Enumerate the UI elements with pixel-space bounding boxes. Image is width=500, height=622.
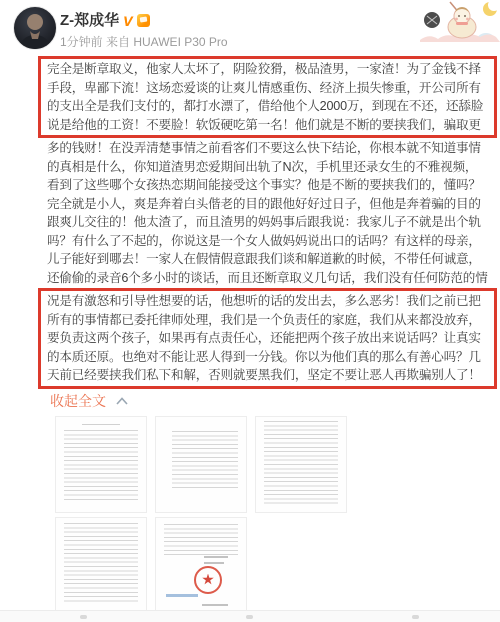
text-line: 说是给他的工资！不要脸！软饭硬吃第一名！他们就是不断的要挟我们，骗取更: [47, 116, 488, 135]
post-meta-time-source: 1分钟前 来自 HUAWEI P30 Pro: [60, 33, 488, 50]
document-text-lines: [64, 523, 138, 603]
member-badge-icon: [137, 14, 150, 27]
text-line: 完全就是小人，爽是奔着白头偕老的目的跟他好好过日子，但他是奔着骗的目的: [47, 195, 488, 214]
signature-line: [204, 556, 228, 558]
like-icon[interactable]: [412, 615, 419, 619]
attachment-document-5-sealed[interactable]: [155, 517, 247, 614]
text-line: 看到了这些哪个女孩热恋期间能接受这个事实？他是不断的要挟我们的，懂吗？: [47, 176, 488, 195]
attachment-document-2[interactable]: [155, 416, 247, 513]
verified-v-icon: V: [123, 14, 132, 28]
attachment-document-4[interactable]: [55, 517, 147, 614]
text-line: 要负责这两个孩子，如果再有点责任心，还能把两个孩子放出来说话吗？让真实: [47, 329, 488, 348]
signature-line: [204, 562, 224, 564]
attachment-grid: [55, 416, 500, 614]
red-highlight-box-1: 完全是断章取义，他家人太坏了，阴险狡猾，极品渣男，一家渣！为了金钱不择 手段，卑…: [38, 56, 497, 138]
text-line: 还偷偷的录音6个多小时的谈话，而且还断章取义几句话，我们没有任何防范的情: [47, 269, 488, 288]
repost-icon[interactable]: [80, 615, 87, 619]
text-line: 跟爽儿交往的！他太渣了，而且渣男的妈妈事后跟我说：我家儿子不就是出个轨: [47, 213, 488, 232]
text-line: 儿子能好到哪去！一家人在假情假意跟我们谈和解道歉的时候，不带任何诚意，: [47, 250, 488, 269]
text-line: 所有的事情都已委托律师处理，我们是一个负责任的家庭，我们从来都没放弃，: [47, 311, 488, 330]
chevron-up-icon[interactable]: [116, 397, 128, 405]
post-content: 完全是断章取义，他家人太坏了，阴险狡猾，极品渣男，一家渣！为了金钱不择 手段，卑…: [38, 56, 497, 389]
text-line: 手段，卑鄙下流！这场恋爱谈的让爽儿情感重伤、经济上损失惨重，开公司所有: [47, 79, 488, 98]
text-line: 吗？有什么了不起的，你说这是一个女人做妈妈说出口的话吗？有这样的母亲，: [47, 232, 488, 251]
collapse-full-text-link[interactable]: 收起全文: [50, 391, 106, 411]
username[interactable]: Z-郑成华: [60, 12, 119, 29]
document-text-lines: [264, 421, 338, 505]
red-highlight-box-2: 况是有激怒和引导性想要的话，他想听的话的发出去，多么恶劣！我们之前已把 所有的事…: [38, 288, 497, 389]
text-line: 况是有激怒和引导性想要的话，他想听的话的发出去，多么恶劣！我们之前已把: [47, 292, 488, 311]
document-text-lines: [164, 524, 238, 558]
text-line: 的本质还原。也绝对不能让恶人得到一分钱。你以为他们真的那么有善心吗？几: [47, 348, 488, 367]
document-text-lines: [64, 430, 138, 502]
comment-icon[interactable]: [246, 615, 253, 619]
weibo-post-card: Z-郑成华 V 1分钟前 来自 HUAWEI P30 Pro 完全是断章取义，他…: [0, 0, 500, 622]
blue-stamp-text-line: [166, 594, 198, 597]
attachment-document-3[interactable]: [255, 416, 347, 513]
document-text-lines: [172, 431, 238, 491]
post-text-middle: 多的钱财！在没弄清楚事情之前看客们不要这么快下结论，你根本就不知道事情 的真相是…: [38, 138, 497, 288]
document-heading-line: [82, 424, 120, 425]
avatar[interactable]: [13, 6, 57, 50]
collapse-row: 收起全文: [50, 392, 500, 411]
action-bar: [0, 610, 500, 622]
text-line: 的真相是什么，你知道渣男恋爱期间出轨了N次，手机里还录女生的不雅视频，: [47, 158, 488, 177]
text-line: 多的钱财！在没弄清楚事情之前看客们不要这么快下结论，你根本就不知道事情: [47, 139, 488, 158]
text-line: 天前已经要挟我们私下和解，否则就要黑我们，坚定不要让恶人再欺骗别人了！: [47, 366, 488, 385]
attachment-document-1[interactable]: [55, 416, 147, 513]
text-line: 完全是断章取义，他家人太坏了，阴险狡猾，极品渣男，一家渣！为了金钱不择: [47, 60, 488, 79]
post-header: Z-郑成华 V 1分钟前 来自 HUAWEI P30 Pro: [0, 0, 500, 54]
avatar-photo: [14, 7, 56, 49]
signature-line: [202, 604, 228, 606]
text-line: 的支出全是我们支付的，都打水漂了，借给他个人2000万，到现在不还，还舔脸: [47, 97, 488, 116]
